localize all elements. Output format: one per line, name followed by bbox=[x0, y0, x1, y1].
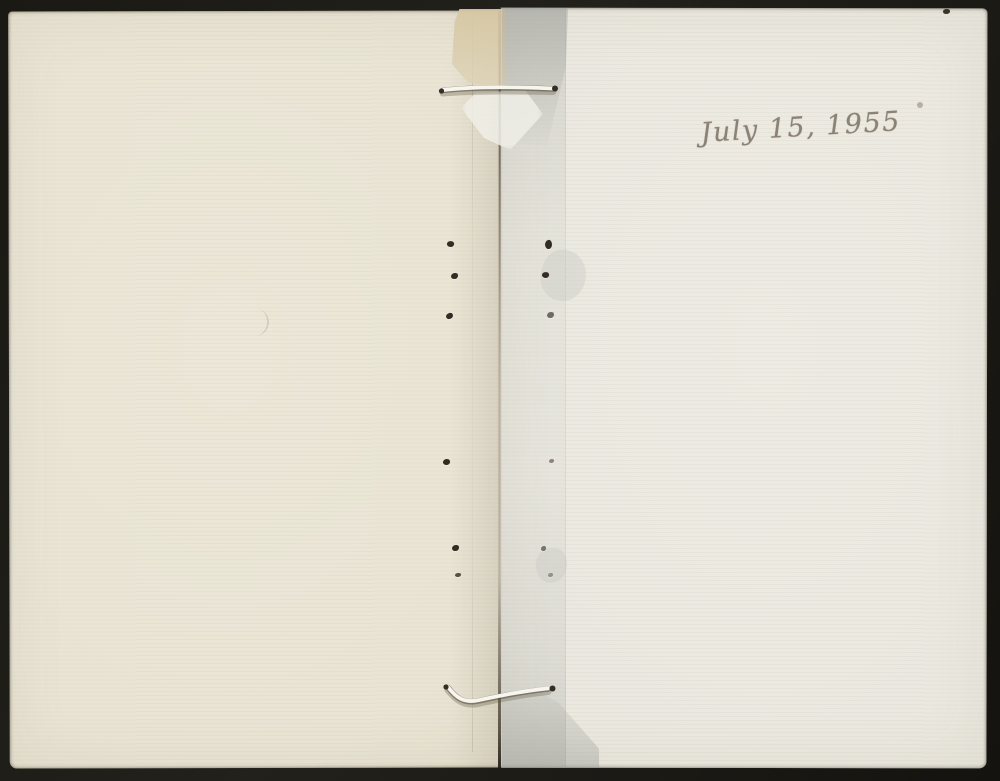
document-scan: July 15, 1955 bbox=[0, 0, 1000, 781]
paper-speck-top-right bbox=[943, 9, 950, 14]
paper-speck-right-page bbox=[917, 102, 923, 108]
left-page bbox=[8, 10, 501, 768]
